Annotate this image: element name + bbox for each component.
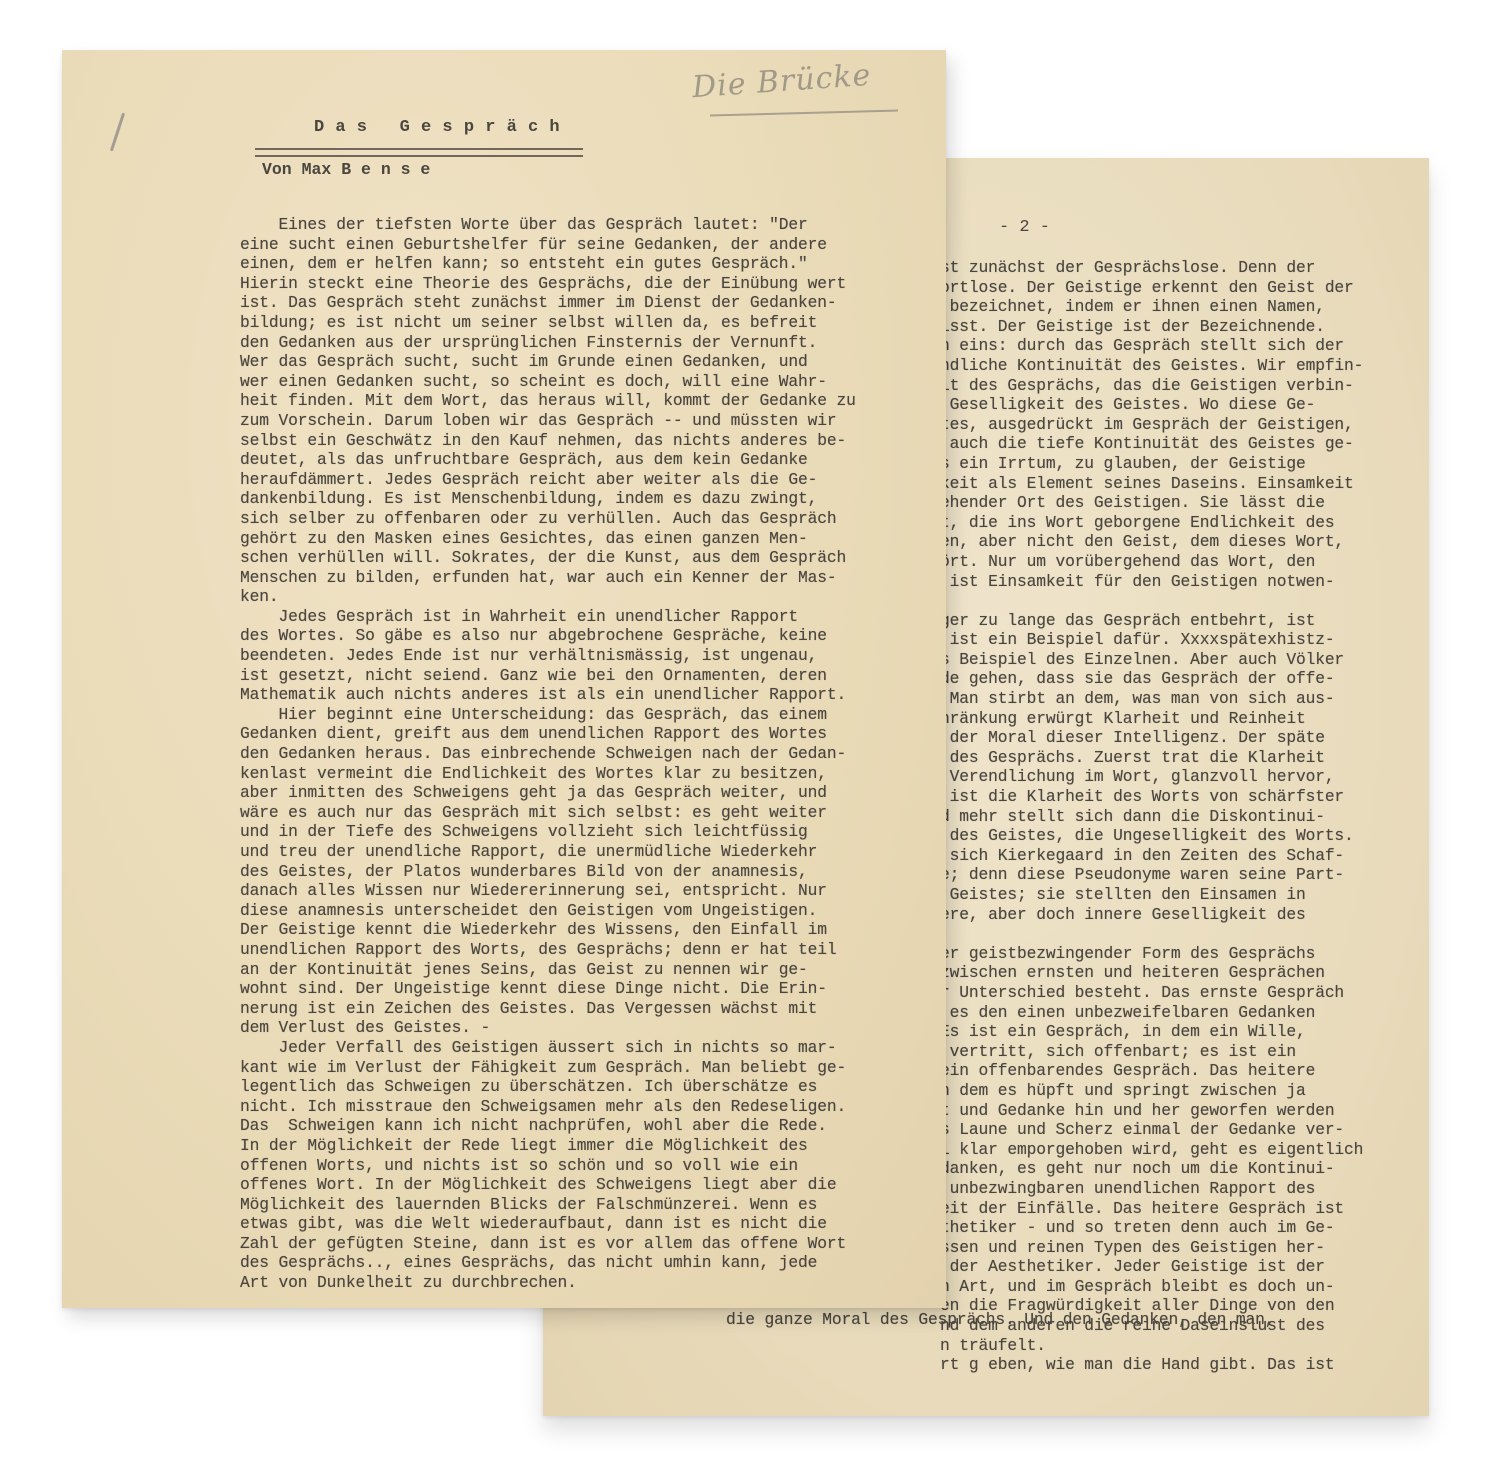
text-line: gehört zu den Masken eines Gesichtes, da…	[240, 529, 856, 549]
text-line: h eins: durch das Gespräch stellt sich d…	[940, 336, 1363, 356]
text-line: legentlich das Schweigen zu überschätzen…	[240, 1077, 856, 1097]
text-line: tes, ausgedrückt im Gespräch der Geistig…	[940, 415, 1363, 435]
text-line: zwischen ernsten und heiteren Gesprächen	[940, 963, 1363, 983]
text-line: und in der Tiefe des Schweigens vollzieh…	[240, 822, 856, 842]
text-line: Das Schweigen kann ich nicht nachprüfen,…	[240, 1116, 856, 1136]
handwritten-annotation: Die Brücke	[691, 58, 872, 105]
title-double-underline	[255, 148, 583, 157]
text-line: bezeichnet, indem er ihnen einen Namen,	[940, 297, 1363, 317]
text-line: eit der Einfälle. Das heitere Gespräch i…	[940, 1199, 1363, 1219]
text-line: ken.	[240, 587, 856, 607]
page-1-body-text: Eines der tiefsten Worte über das Gesprä…	[240, 215, 856, 1293]
text-line: Verendlichung im Wort, glanzvoll hervor,	[940, 767, 1363, 787]
text-line: wohnt sind. Der Ungeistige kennt diese D…	[240, 979, 856, 999]
text-line: unbezwingbaren unendlichen Rapport des	[940, 1179, 1363, 1199]
text-line: eine sucht einen Geburtshelfer für seine…	[240, 235, 856, 255]
text-line: st zunächst der Gesprächslose. Denn der	[940, 258, 1363, 278]
text-line: Geistes; sie stellten den Einsamen in	[940, 885, 1363, 905]
text-line: e; denn diese Pseudonyme waren seine Par…	[940, 865, 1363, 885]
text-line: thetiker - und so treten denn auch im Ge…	[940, 1218, 1363, 1238]
text-line: er geistbezwingender Form des Gesprächs	[940, 944, 1363, 964]
text-line: selbst ein Geschwätz in den Kauf nehmen,…	[240, 431, 856, 451]
text-line: heit finden. Mit dem Wort, das heraus wi…	[240, 391, 856, 411]
text-line: Hierin steckt eine Theorie des Gesprächs…	[240, 274, 856, 294]
text-line: Geselligkeit des Geistes. Wo diese Ge-	[940, 395, 1363, 415]
text-line: en, aber nicht den Geist, dem dieses Wor…	[940, 532, 1363, 552]
text-line: ist Einsamkeit für den Geistigen notwen-	[940, 572, 1363, 592]
text-line: etwas gibt, was die Welt wiederaufbaut, …	[240, 1214, 856, 1234]
text-line: ört. Nur um vorübergehend das Wort, den	[940, 552, 1363, 572]
text-line: der Aesthetiker. Jeder Geistige ist der	[940, 1257, 1363, 1277]
document-title: D a s G e s p r ä c h	[314, 118, 560, 137]
text-line: des Geistes, der Platos wunderbares Bild…	[240, 862, 856, 882]
text-line: auch die tiefe Kontinuität des Geistes g…	[940, 434, 1363, 454]
text-line: nicht. Ich misstraue den Schweigsamen me…	[240, 1097, 856, 1117]
text-line: Jeder Verfall des Geistigen äussert sich…	[240, 1038, 856, 1058]
text-line: Der Geistige kennt die Wiederkehr des Wi…	[240, 920, 856, 940]
text-line: n träufelt.	[940, 1336, 1363, 1356]
text-line: des Geistes, die Ungeselligkeit des Wort…	[940, 826, 1363, 846]
text-line: t, die ins Wort geborgene Endlichkeit de…	[940, 513, 1363, 533]
text-line: Art von Dunkelheit zu durchbrechen.	[240, 1273, 856, 1293]
text-line: Hier beginnt eine Unterscheidung: das Ge…	[240, 705, 856, 725]
text-line: ssen und reinen Typen des Geistigen her-	[940, 1238, 1363, 1258]
text-line: und treu der unendliche Rapport, die une…	[240, 842, 856, 862]
text-line: deutet, als das unfruchtbare Gespräch, a…	[240, 450, 856, 470]
text-line: ist gesetzt, nicht seiend. Ganz wie bei …	[240, 666, 856, 686]
text-line: sich selber zu offenbaren oder zu verhül…	[240, 509, 856, 529]
text-line: kant wie im Verlust der Fähigkeit zum Ge…	[240, 1058, 856, 1078]
text-line: s Beispiel des Einzelnen. Aber auch Völk…	[940, 650, 1363, 670]
text-line: wer einen Gedanken sucht, so scheint es …	[240, 372, 856, 392]
text-line: ehender Ort des Geistigen. Sie lässt die	[940, 493, 1363, 513]
text-line: ndliche Kontinuität des Geistes. Wir emp…	[940, 356, 1363, 376]
text-line: n dem es hüpft und springt zwischen ja	[940, 1081, 1363, 1101]
text-line: vertritt, sich offenbart; es ist ein	[940, 1042, 1363, 1062]
text-line: ere, aber doch innere Geselligkeit des	[940, 905, 1363, 925]
text-line: sich Kierkegaard in den Zeiten des Schaf…	[940, 846, 1363, 866]
text-line: an der Kontinuität jenes Seins, das Geis…	[240, 960, 856, 980]
typescript-page-1: Die Brücke D a s G e s p r ä c h Von Max…	[62, 50, 946, 1308]
text-line: ist ein Beispiel dafür. Xxxxspätexhistz-	[940, 630, 1363, 650]
text-line: heraufdämmert. Jedes Gespräch reicht abe…	[240, 470, 856, 490]
text-line: n Art, und im Gespräch bleibt es doch un…	[940, 1277, 1363, 1297]
text-line: zum Vorschein. Darum loben wir das Gespr…	[240, 411, 856, 431]
text-line: Jedes Gespräch ist in Wahrheit ein unend…	[240, 607, 856, 627]
text-line: den Gedanken aus der ursprünglichen Fins…	[240, 333, 856, 353]
text-line: s Laune und Scherz einmal der Gedanke ve…	[940, 1120, 1363, 1140]
text-line: Es ist ein Gespräch, in dem ein Wille,	[940, 1022, 1363, 1042]
text-line	[940, 591, 1363, 611]
page-2-last-line: die ganze Moral des Gesprächs. Und den G…	[726, 1310, 1274, 1330]
text-line: Eines der tiefsten Worte über das Gesprä…	[240, 215, 856, 235]
text-line: kenlast vermeint die Endlichkeit des Wor…	[240, 764, 856, 784]
page-2-body-text: st zunächst der Gesprächslose. Denn dero…	[940, 258, 1363, 1375]
text-line: Zahl der gefügten Steine, dann ist es vo…	[240, 1234, 856, 1254]
text-line: dem Verlust des Geistes. -	[240, 1018, 856, 1038]
text-line: unendlichen Rapport des Worts, des Gespr…	[240, 940, 856, 960]
text-line: offenen Worts, und nichts ist so schön u…	[240, 1156, 856, 1176]
text-line: t und Gedanke hin und her geworfen werde…	[940, 1101, 1363, 1121]
text-line: Mathematik auch nichts anderes ist als e…	[240, 685, 856, 705]
text-line: des Gesprächs. Zuerst trat die Klarheit	[940, 748, 1363, 768]
text-line: danach alles Wissen nur Wiedererinnerung…	[240, 881, 856, 901]
text-line: de gehen, dass sie das Gespräch der offe…	[940, 669, 1363, 689]
text-line: Wer das Gespräch sucht, sucht im Grunde …	[240, 352, 856, 372]
text-line: wäre es auch nur das Gespräch mit sich s…	[240, 803, 856, 823]
text-line: isst. Der Geistige ist der Bezeichnende.	[940, 317, 1363, 337]
text-line: In der Möglichkeit der Rede liegt immer …	[240, 1136, 856, 1156]
text-line: s ein Irrtum, zu glauben, der Geistige	[940, 454, 1363, 474]
text-line: Gedanken dient, greift aus dem unendlich…	[240, 724, 856, 744]
author-byline: Von Max B e n s e	[262, 160, 430, 179]
text-line: schen verhüllen will. Sokrates, der die …	[240, 548, 856, 568]
text-line: keit als Element seines Daseins. Einsamk…	[940, 474, 1363, 494]
text-line: beendeten. Jedes Ende ist nur verhältnis…	[240, 646, 856, 666]
text-line: ist die Klarheit des Worts von schärfste…	[940, 787, 1363, 807]
text-line: den Gedanken heraus. Das einbrechende Sc…	[240, 744, 856, 764]
text-line: l klar emporgehoben wird, geht es eigent…	[940, 1140, 1363, 1160]
text-line: Man stirbt an dem, was man von sich aus-	[940, 689, 1363, 709]
page-number: - 2 -	[999, 218, 1050, 237]
text-line: nerung ist ein Zeichen des Geistes. Das …	[240, 999, 856, 1019]
text-line: der Moral dieser Intelligenz. Der späte	[940, 728, 1363, 748]
text-line: r Unterschied besteht. Das ernste Gesprä…	[940, 983, 1363, 1003]
text-line: Menschen zu bilden, erfunden hat, war au…	[240, 568, 856, 588]
ink-mark	[110, 113, 125, 152]
text-line: aber inmitten des Schweigens geht ja das…	[240, 783, 856, 803]
text-line: rt g eben, wie man die Hand gibt. Das is…	[940, 1355, 1363, 1375]
text-line: es den einen unbezweifelbaren Gedanken	[940, 1003, 1363, 1023]
text-line: des Gesprächs.., eines Gesprächs, das ni…	[240, 1253, 856, 1273]
text-line: danken, es geht nur noch um die Kontinui…	[940, 1159, 1363, 1179]
text-line: bildung; es ist nicht um seiner selbst w…	[240, 313, 856, 333]
text-line: it des Gesprächs, das die Geistigen verb…	[940, 376, 1363, 396]
text-line: des Wortes. So gäbe es also nur abgebroc…	[240, 626, 856, 646]
text-line: hränkung erwürgt Klarheit und Reinheit	[940, 709, 1363, 729]
text-line: Möglichkeit des lauernden Blicks der Fal…	[240, 1195, 856, 1215]
text-line: einen, dem er helfen kann; so entsteht e…	[240, 254, 856, 274]
text-line: offenes Wort. In der Möglichkeit des Sch…	[240, 1175, 856, 1195]
text-line: ortlose. Der Geistige erkennt den Geist …	[940, 278, 1363, 298]
text-line: ein offenbarendes Gespräch. Das heitere	[940, 1061, 1363, 1081]
text-line	[940, 924, 1363, 944]
text-line: dankenbildung. Es ist Menschenbildung, i…	[240, 489, 856, 509]
text-line: ist. Das Gespräch steht zunächst immer i…	[240, 293, 856, 313]
text-line: ger zu lange das Gespräch entbehrt, ist	[940, 611, 1363, 631]
text-line: d mehr stellt sich dann die Diskontinui-	[940, 807, 1363, 827]
text-line: diese anamnesis unterscheidet den Geisti…	[240, 901, 856, 921]
handwritten-underline	[710, 110, 898, 117]
